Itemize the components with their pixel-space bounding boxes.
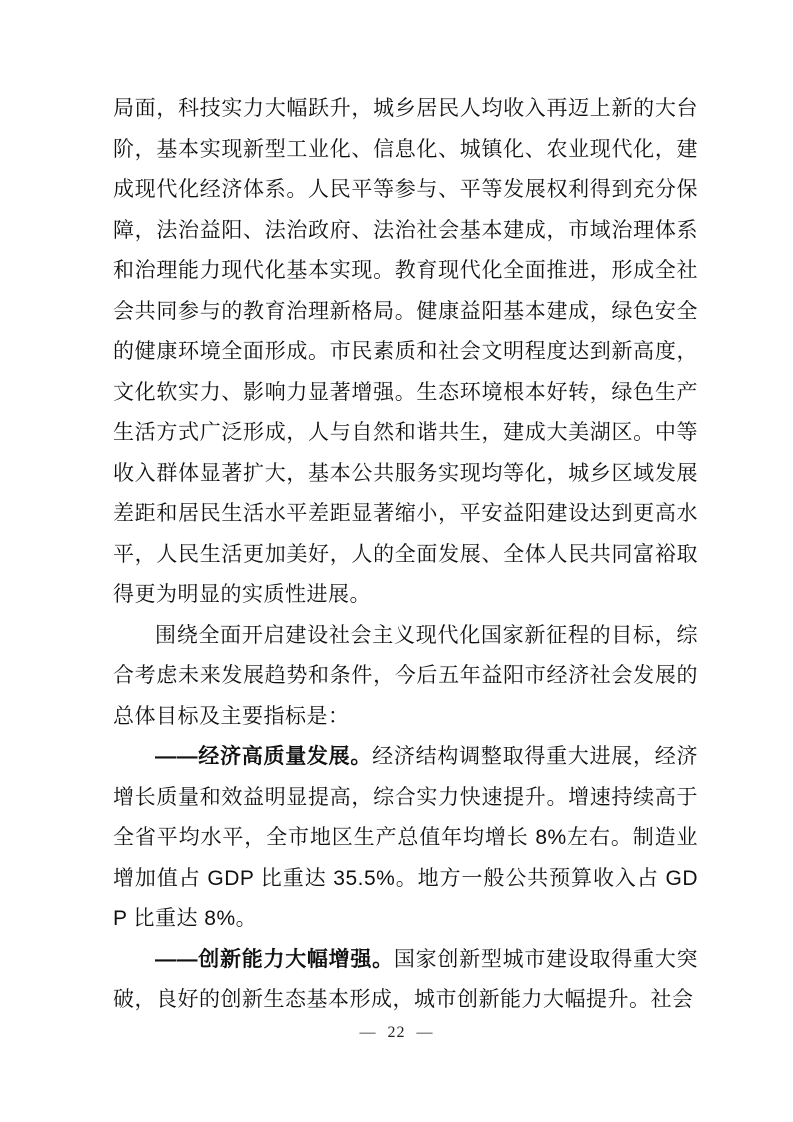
document-page: 局面，科技实力大幅跃升，城乡居民人均收入再迈上新的大台阶，基本实现新型工业化、信…: [0, 0, 793, 1122]
document-body: 局面，科技实力大幅跃升，城乡居民人均收入再迈上新的大台阶，基本实现新型工业化、信…: [113, 89, 698, 1021]
paragraph-overall-goals: 围绕全面开启建设社会主义现代化国家新征程的目标，综合考虑未来发展趋势和条件，今后…: [113, 616, 698, 738]
paragraph-economic-development: ——经济高质量发展。经济结构调整取得重大进展，经济增长质量和效益明显提高，综合实…: [113, 737, 698, 940]
paragraph-economic-development-lead: ——经济高质量发展。: [155, 745, 372, 768]
paragraph-economic-development-text: 经济结构调整取得重大进展，经济增长质量和效益明显提高，综合实力快速提升。增速持续…: [113, 745, 698, 930]
paragraph-innovation-capacity-lead: ——创新能力大幅增强。: [155, 948, 394, 971]
page-number: — 22 —: [0, 1022, 793, 1044]
paragraph-continuation-text: 局面，科技实力大幅跃升，城乡居民人均收入再迈上新的大台阶，基本实现新型工业化、信…: [113, 97, 698, 606]
paragraph-overall-goals-text: 围绕全面开启建设社会主义现代化国家新征程的目标，综合考虑未来发展趋势和条件，今后…: [113, 624, 698, 728]
paragraph-continuation: 局面，科技实力大幅跃升，城乡居民人均收入再迈上新的大台阶，基本实现新型工业化、信…: [113, 89, 698, 616]
paragraph-innovation-capacity: ——创新能力大幅增强。国家创新型城市建设取得重大突破，良好的创新生态基本形成，城…: [113, 940, 698, 1021]
